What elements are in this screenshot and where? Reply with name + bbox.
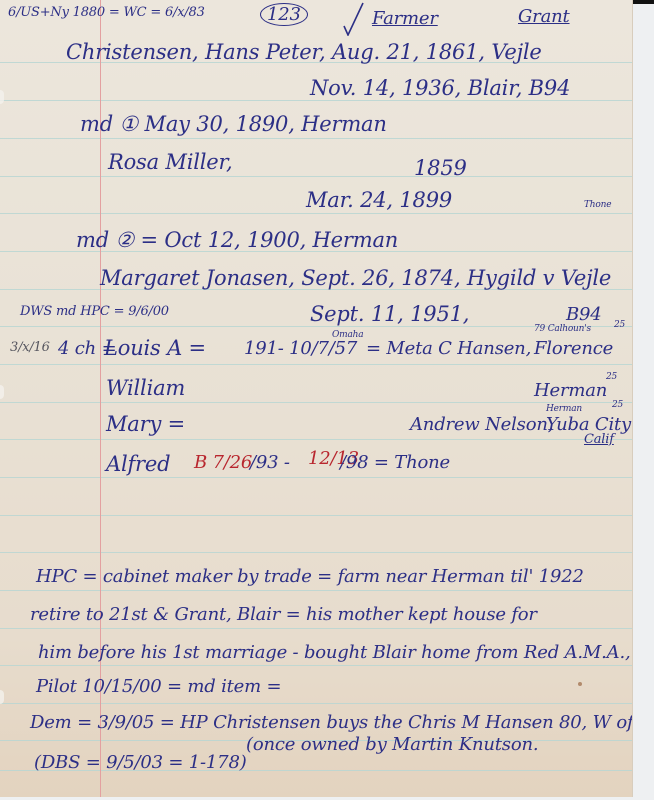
child-3-residence-note: Herman: [546, 404, 582, 414]
note-line-7: (DBS = 9/5/03 = 1-178): [34, 752, 247, 773]
rule-line: [0, 665, 632, 666]
binder-hole: [0, 385, 4, 399]
child-1-residence-note: 79 Calhoun's: [534, 324, 591, 334]
marriage-2-spouse-death: Sept. 11, 1951,: [310, 302, 469, 326]
child-3-name: Mary =: [106, 412, 185, 436]
checkmark-icon: [342, 2, 364, 36]
note-line-4: Pilot 10/15/00 = md item =: [36, 676, 281, 697]
note-line-5: Dem = 3/9/05 = HP Christensen buys the C…: [30, 712, 632, 733]
binder-hole: [0, 690, 4, 704]
child-1-residence: Florence: [534, 338, 613, 359]
subject-death: Nov. 14, 1936, Blair, B94: [310, 76, 570, 100]
paper-stain: [578, 682, 582, 686]
rule-line: [0, 138, 632, 139]
rule-line: [0, 703, 632, 704]
marriage-1-line: md ① May 30, 1890, Herman: [80, 112, 387, 136]
child-4-name: Alfred: [106, 452, 170, 476]
marriage-1-burial: Thone: [584, 200, 611, 210]
marriage-2-spouse: Margaret Jonasen, Sept. 26, 1874, Hygild…: [100, 266, 611, 290]
child-1-name: Louis A =: [104, 336, 206, 360]
rule-line: [0, 213, 632, 214]
rule-line: [0, 515, 632, 516]
child-4-birth-blue: /93 -: [250, 452, 290, 473]
child-2-residence-sup: 25: [606, 372, 617, 382]
rule-line: [0, 439, 632, 440]
child-3-residence-sup: 25: [612, 400, 623, 410]
marriage-1-spouse-death: Mar. 24, 1899: [306, 188, 452, 212]
census-note: 6/US+Ny 1880 = WC = 6/x/83: [8, 5, 205, 20]
rule-line: [0, 176, 632, 177]
scan-border-strip: [632, 0, 654, 4]
child-1-dates: 191- 10/7/57: [244, 338, 357, 359]
note-line-2: retire to 21st & Grant, Blair = his moth…: [30, 604, 537, 625]
note-line-1: HPC = cabinet maker by trade = farm near…: [36, 566, 584, 587]
street-name: Grant: [518, 6, 570, 27]
rule-line: [0, 552, 632, 553]
child-3-spouse: Andrew Nelson,: [410, 414, 553, 435]
child-1-dates-note: Omaha: [332, 330, 363, 340]
rule-line: [0, 364, 632, 365]
subject-name-birth: Christensen, Hans Peter, Aug. 21, 1861, …: [66, 40, 542, 64]
children-margin-date: 3/x/16: [10, 340, 50, 355]
marriage-1-spouse-birth: 1859: [414, 156, 467, 180]
rule-line: [0, 100, 632, 101]
occupation: Farmer: [372, 8, 438, 29]
marriage-1-spouse: Rosa Miller,: [108, 150, 233, 174]
binder-hole: [0, 90, 4, 104]
rule-line: [0, 590, 632, 591]
child-3-residence-state: Calif: [584, 432, 614, 447]
marriage-2-line: md ② = Oct 12, 1900, Herman: [76, 228, 398, 252]
notebook-page: 6/US+Ny 1880 = WC = 6/x/83 123 Farmer Gr…: [0, 0, 632, 797]
child-4-death-blue: /98 = Thone: [340, 452, 450, 473]
child-4-birth-red: B 7/26: [194, 452, 252, 473]
child-1-residence-sup: 25: [614, 320, 625, 330]
marriage-2-burial: B94: [566, 304, 602, 325]
note-line-6: (once owned by Martin Knutson.: [246, 734, 538, 755]
rule-line: [0, 402, 632, 403]
child-2-name: William: [106, 376, 185, 400]
rule-line: [0, 628, 632, 629]
record-number: 123: [260, 3, 308, 26]
note-line-3: him before his 1st marriage - bought Bla…: [38, 642, 631, 663]
marriage-2-margin-note: DWS md HPC = 9/6/00: [20, 304, 169, 319]
child-1-spouse: = Meta C Hansen,: [366, 338, 531, 359]
rule-line: [0, 477, 632, 478]
child-2-residence: Herman: [534, 380, 607, 401]
